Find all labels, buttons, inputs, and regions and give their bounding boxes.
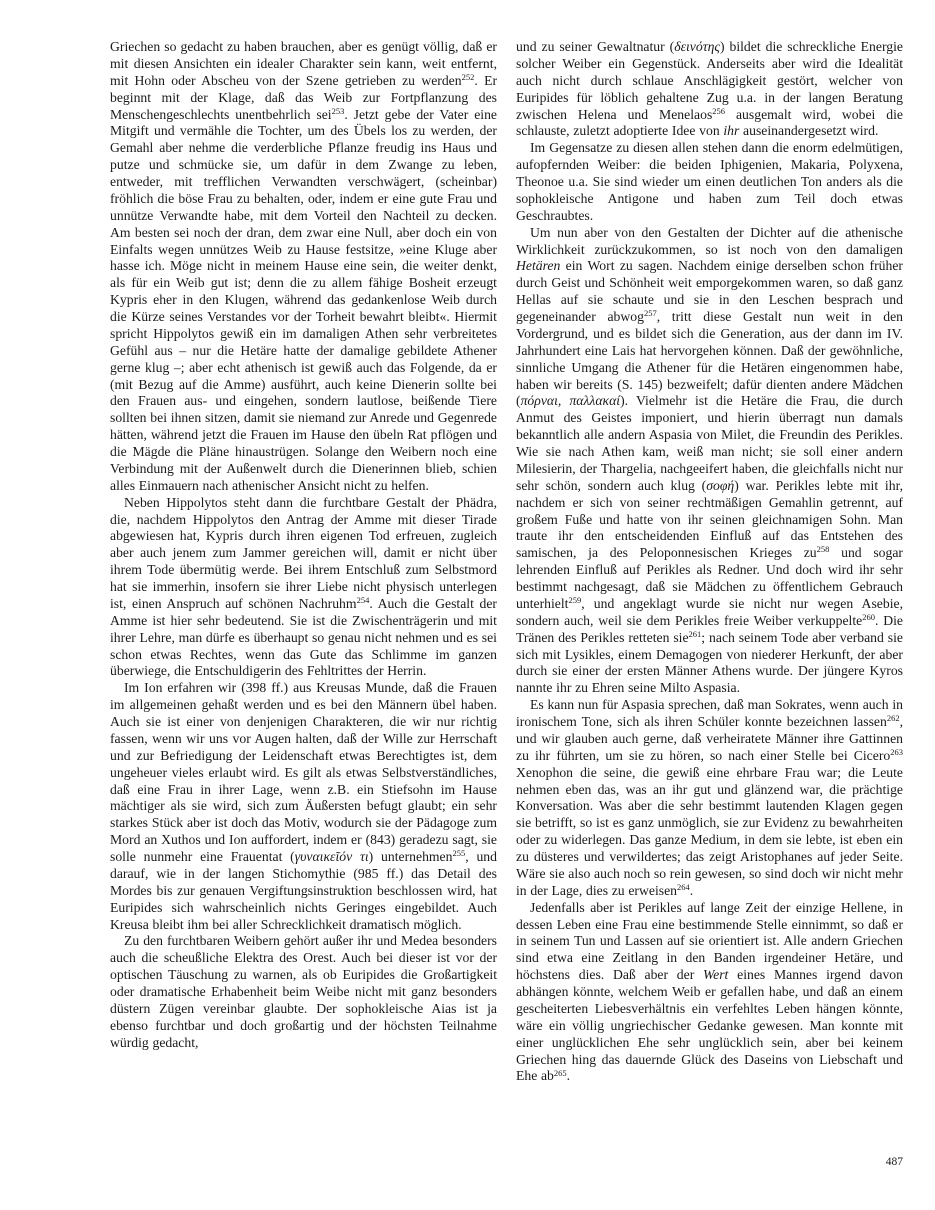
footnote-reference: 262 <box>887 713 900 723</box>
footnote-reference: 261 <box>689 629 702 639</box>
paragraph: und zu seiner Gewaltnatur (δεινότης) bil… <box>516 39 903 140</box>
footnote-reference: 263 <box>890 747 903 757</box>
footnote-reference: 252 <box>462 72 475 82</box>
paragraph: Griechen so gedacht zu haben brauchen, a… <box>110 39 497 495</box>
paragraph: Jedenfalls aber ist Perikles auf lange Z… <box>516 900 903 1086</box>
emphasis-text: πόρναι, παλλακαί <box>521 393 621 408</box>
paragraph: Zu den furchtbaren Weibern gehört außer … <box>110 933 497 1051</box>
text-column-right: und zu seiner Gewaltnatur (δεινότης) bil… <box>516 39 903 1085</box>
footnote-reference: 253 <box>332 106 345 116</box>
paragraph: Es kann nun für Aspasia sprechen, daß ma… <box>516 697 903 900</box>
footnote-reference: 257 <box>644 308 657 318</box>
two-column-text-block: Griechen so gedacht zu haben brauchen, a… <box>110 39 903 1085</box>
footnote-reference: 256 <box>712 106 725 116</box>
book-page: Griechen so gedacht zu haben brauchen, a… <box>110 39 903 1085</box>
footnote-reference: 255 <box>452 848 465 858</box>
footnote-reference: 254 <box>357 595 370 605</box>
footnote-reference: 260 <box>862 612 875 622</box>
text-column-left: Griechen so gedacht zu haben brauchen, a… <box>110 39 497 1052</box>
emphasis-text: γυναικεῖόν τι <box>295 849 369 864</box>
footnote-reference: 265 <box>554 1068 567 1078</box>
emphasis-text: ihr <box>723 123 739 138</box>
paragraph: Neben Hippolytos steht dann die furchtba… <box>110 495 497 681</box>
paragraph: Im Gegensatze zu diesen allen stehen dan… <box>516 140 903 224</box>
page-number: 487 <box>886 1156 903 1168</box>
emphasis-text: δεινότης <box>674 39 720 54</box>
paragraph: Im Ion erfahren wir (398 ff.) aus Kreusa… <box>110 680 497 933</box>
footnote-reference: 258 <box>817 544 830 554</box>
footnote-reference: 264 <box>677 882 690 892</box>
paragraph: Um nun aber von den Gestalten der Dichte… <box>516 225 903 698</box>
emphasis-text: Wert <box>703 967 728 982</box>
emphasis-text: Hetären <box>516 258 560 273</box>
emphasis-text: σοφή <box>706 478 734 493</box>
footnote-reference: 259 <box>568 595 581 605</box>
